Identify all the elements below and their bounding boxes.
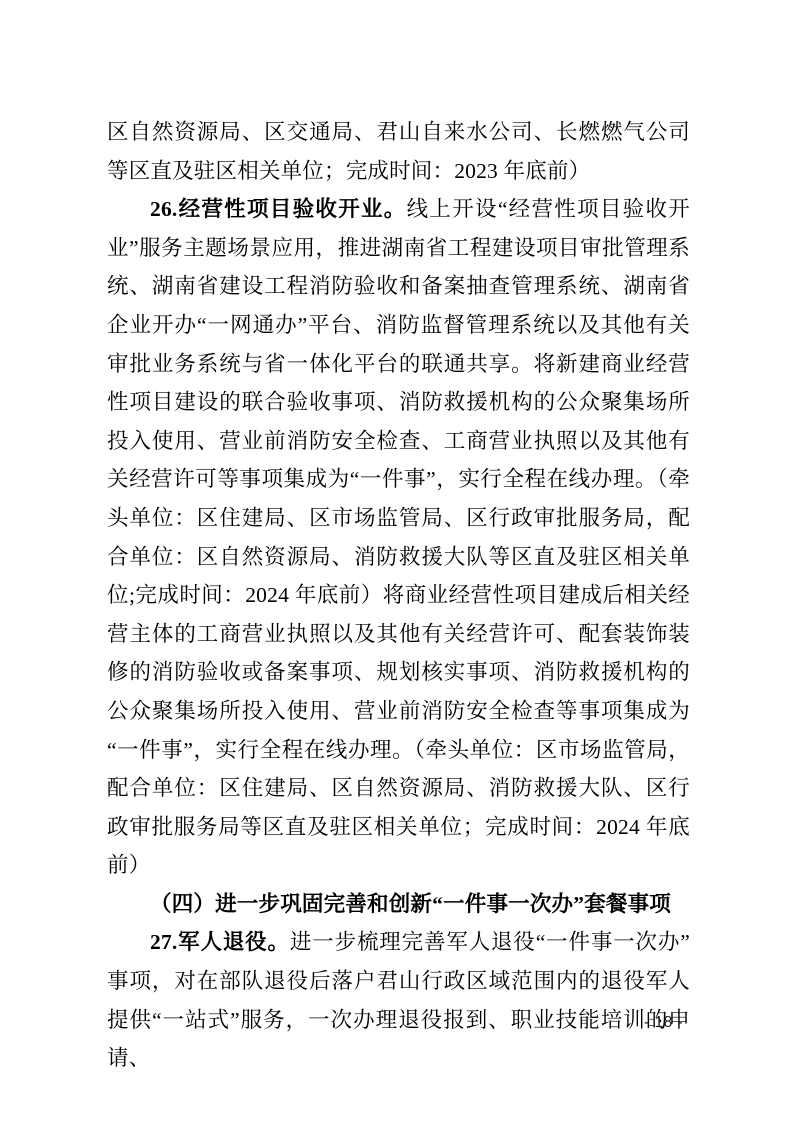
- document-page: 区自然资源局、区交通局、君山自来水公司、长燃燃气公司等区直及驻区相关单位；完成时…: [0, 0, 793, 1122]
- section-heading-4: （四）进一步巩固完善和创新“一件事一次办”套餐事项: [107, 885, 690, 924]
- paragraph-continuation: 区自然资源局、区交通局、君山自来水公司、长燃燃气公司等区直及驻区相关单位；完成时…: [107, 113, 690, 190]
- paragraph-continuation-text: 区自然资源局、区交通局、君山自来水公司、长燃燃气公司等区直及驻区相关单位；完成时…: [107, 120, 690, 183]
- item-26-number-title: 26.经营性项目验收开业。: [150, 197, 407, 221]
- page-number: - 18 -: [644, 1012, 683, 1034]
- item-27-number-title: 27.军人退役。: [150, 930, 290, 954]
- item-26-body-text: 线上开设“经营性项目验收开业”服务主题场景应用，推进湖南省工程建设项目审批管理系…: [107, 197, 690, 877]
- paragraph-item-26: 26.经营性项目验收开业。线上开设“经营性项目验收开业”服务主题场景应用，推进湖…: [107, 190, 690, 885]
- document-body: 区自然资源局、区交通局、君山自来水公司、长燃燃气公司等区直及驻区相关单位；完成时…: [107, 113, 690, 1078]
- section-heading-4-text: （四）进一步巩固完善和创新“一件事一次办”套餐事项: [150, 892, 671, 916]
- paragraph-item-27: 27.军人退役。进一步梳理完善军人退役“一件事一次办”事项，对在部队退役后落户君…: [107, 923, 690, 1077]
